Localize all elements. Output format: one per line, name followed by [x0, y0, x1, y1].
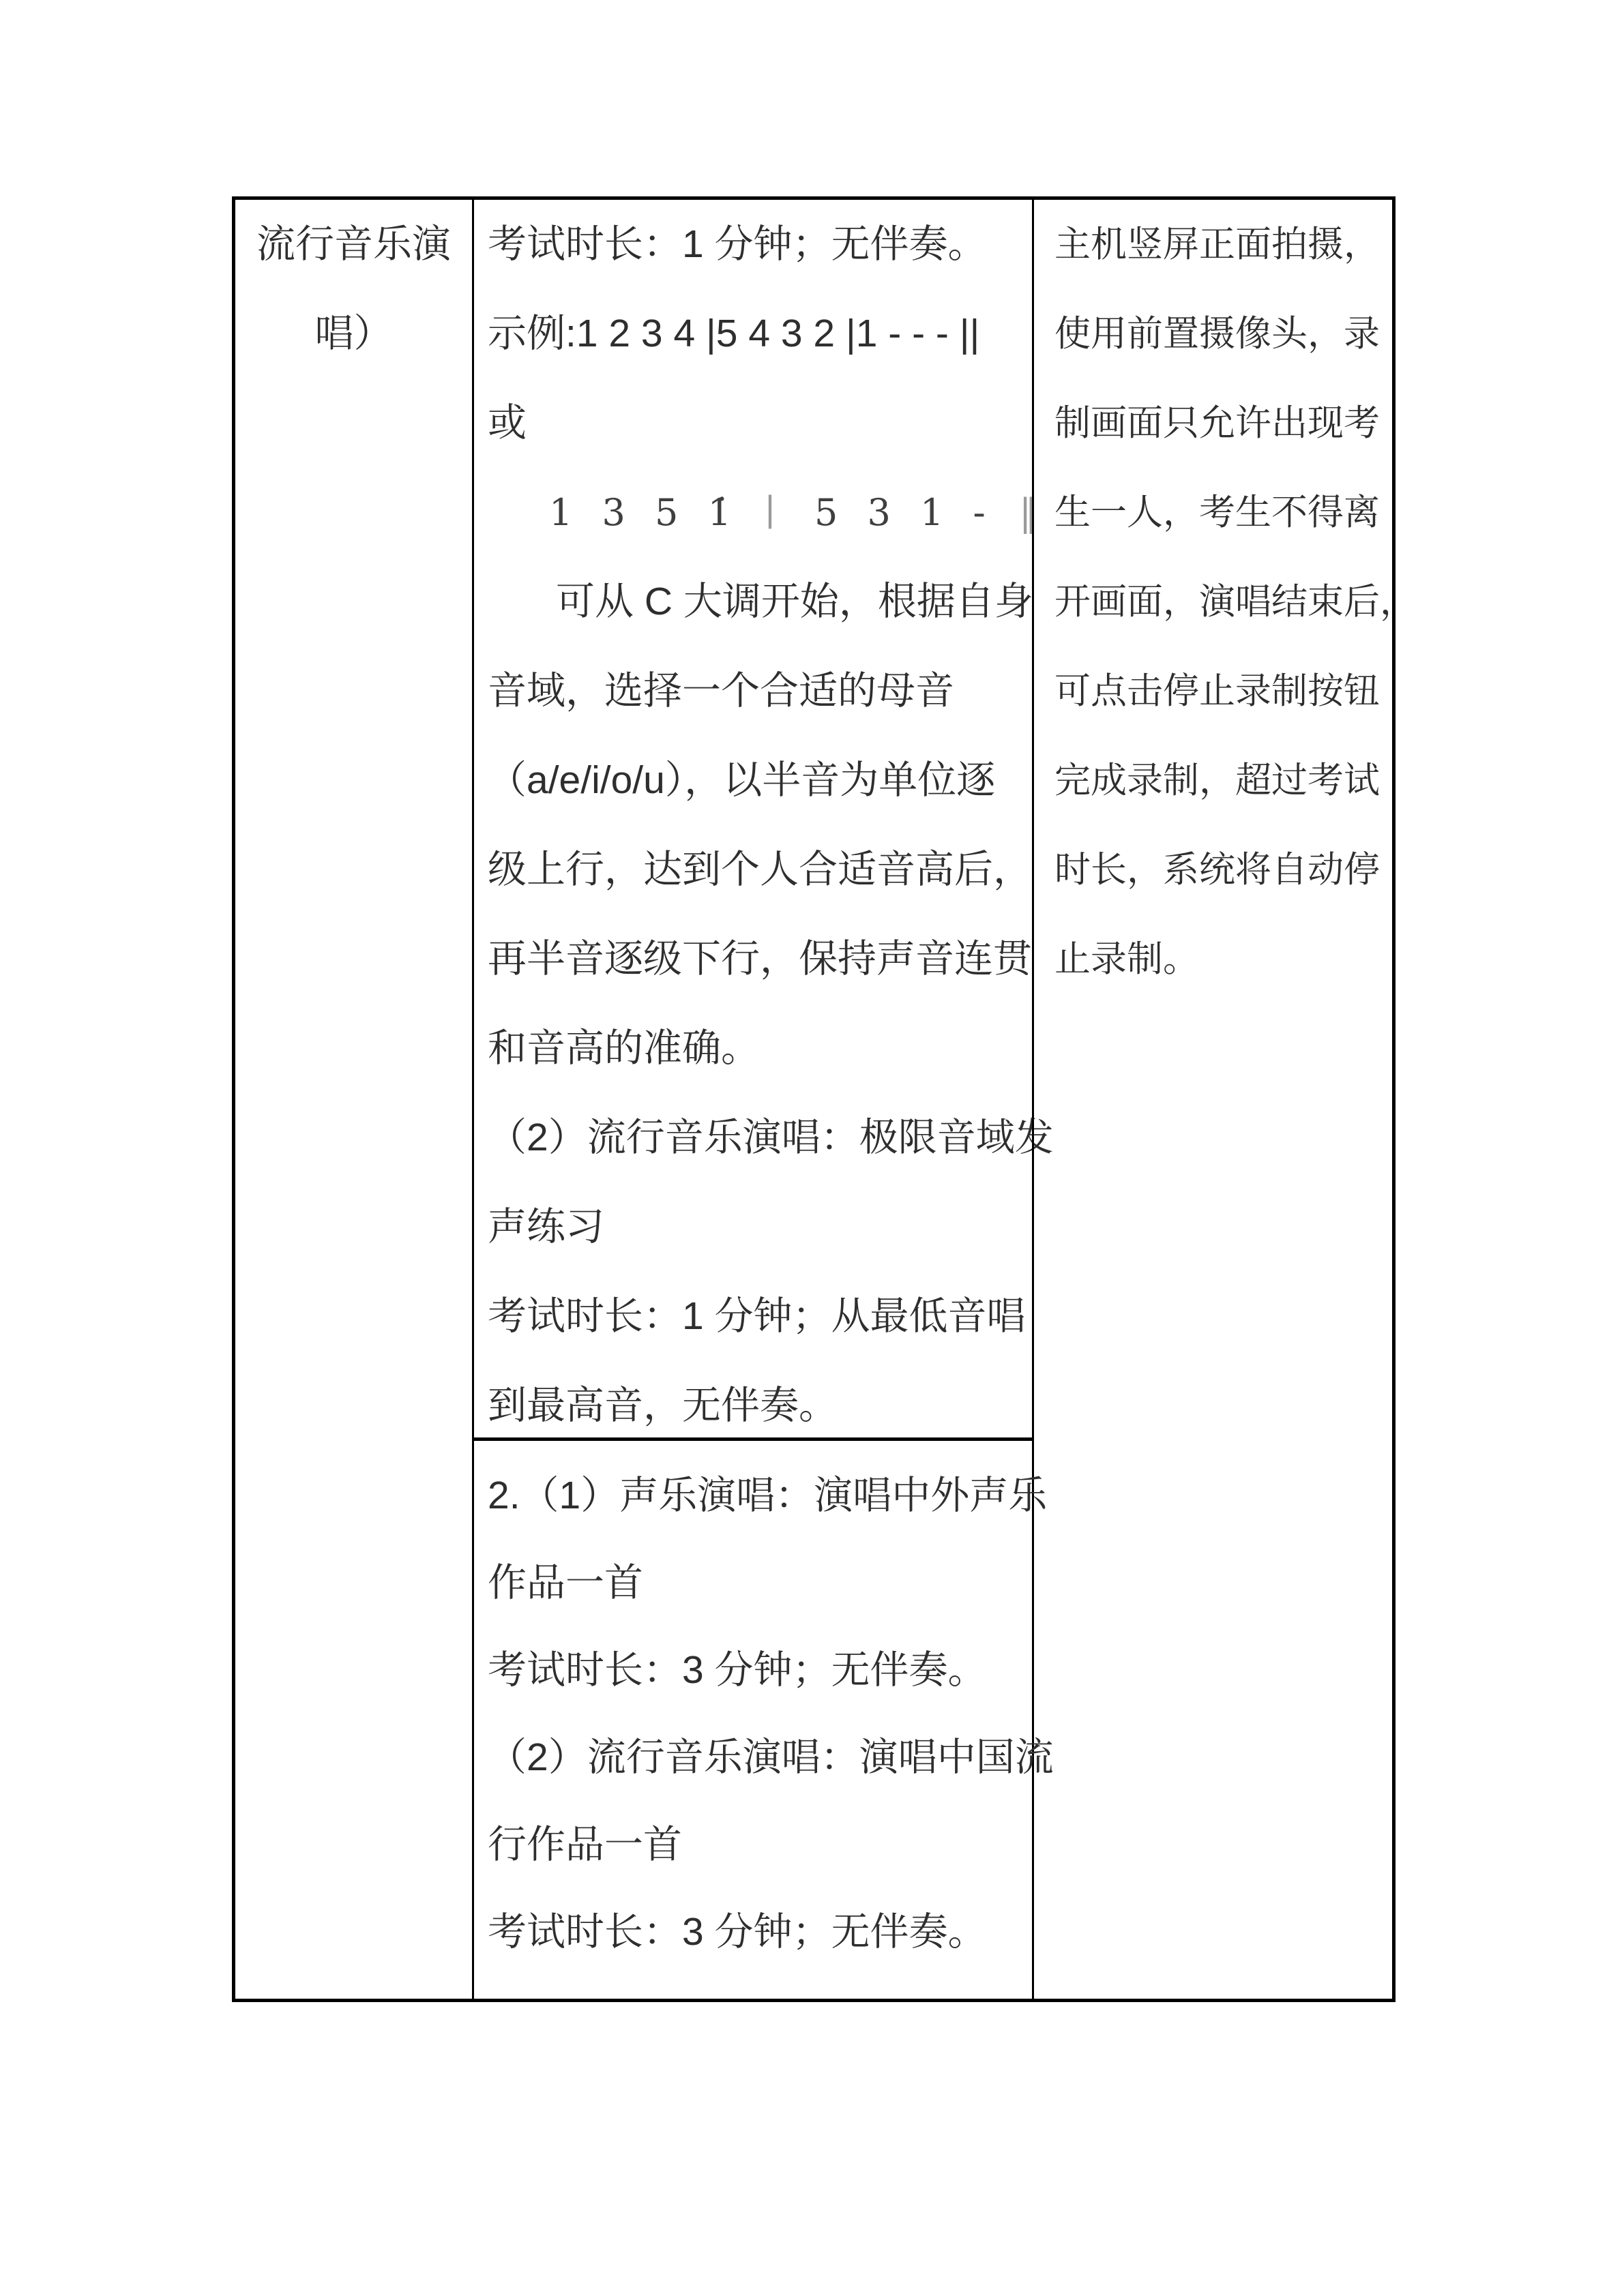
item2-heading-line: （2）流行音乐演唱：极限音域发	[488, 1093, 1032, 1182]
example-scale-line: 示例:1 2 3 4 |5 4 3 2 |1 - - - ||	[488, 289, 1032, 378]
exam-duration-line: 考试时长：3 分钟；无伴奏。	[488, 1888, 1032, 1976]
exam-duration-line: 考试时长：1 分钟；从最低音唱	[488, 1272, 1032, 1361]
jianpu-notation-line: 1 3 5 1̇ ∣ 5 3 1 - ‖	[488, 468, 1032, 557]
instruction-text-line: 音域，选择一个合适的母音	[488, 646, 1032, 736]
recording-requirement-line: 制画面只允许出现考	[1054, 378, 1387, 468]
recording-requirement-line: 使用前置摄像头，录	[1054, 289, 1387, 378]
recording-requirement-line: 止录制。	[1054, 914, 1387, 1004]
instruction-text-line: 再半音逐级下行，保持声音连贯	[488, 914, 1032, 1004]
notation-measure-1: 1 3 5 1̇	[549, 491, 740, 534]
scanned-document-page: 流行音乐演 唱） 考试时长：1 分钟；无伴奏。 示例:1 2 3 4 |5 4 …	[0, 0, 1624, 2296]
notation-barline-icon: ∣	[765, 491, 784, 534]
exam-duration-line: 到最高音，无伴奏。	[488, 1361, 1032, 1450]
item-heading-line: （2）流行音乐演唱：演唱中国流	[488, 1714, 1032, 1801]
instruction-text-line: 和音高的准确。	[488, 1004, 1032, 1093]
item-heading-line: 2.（1）声乐演唱：演唱中外声乐	[488, 1452, 1032, 1539]
item-heading-line: 行作品一首	[488, 1801, 1032, 1888]
table-cell-exam-content-part1: 考试时长：1 分钟；无伴奏。 示例:1 2 3 4 |5 4 3 2 |1 - …	[474, 200, 1032, 1441]
category-text-line: 唱）	[235, 289, 472, 378]
recording-requirement-line: 生一人，考生不得离	[1054, 468, 1387, 557]
exam-requirements-table: 流行音乐演 唱） 考试时长：1 分钟；无伴奏。 示例:1 2 3 4 |5 4 …	[232, 196, 1396, 2002]
table-cell-subject-category: 流行音乐演 唱）	[235, 200, 474, 1999]
notation-measure-2: 5 3 1 -	[814, 491, 994, 534]
table-cell-recording-requirements: 主机竖屏正面拍摄， 使用前置摄像头，录 制画面只允许出现考 生一人，考生不得离 …	[1032, 200, 1392, 1999]
item-heading-line: 作品一首	[488, 1539, 1032, 1626]
exam-duration-line: 考试时长：1 分钟；无伴奏。	[488, 200, 1032, 289]
table-cell-exam-content-part2: 2.（1）声乐演唱：演唱中外声乐 作品一首 考试时长：3 分钟；无伴奏。 （2）…	[474, 1441, 1032, 1999]
exam-duration-line: 考试时长：3 分钟；无伴奏。	[488, 1626, 1032, 1714]
instruction-text-line: 可从 C 大调开始，根据自身	[488, 557, 1032, 646]
instruction-text-line: （a/e/i/o/u），以半音为单位逐	[488, 736, 1032, 825]
recording-requirement-line: 时长，系统将自动停	[1054, 825, 1387, 914]
recording-requirement-line: 可点击停止录制按钮	[1054, 646, 1387, 736]
instruction-text-line: 级上行，达到个人合适音高后，	[488, 825, 1032, 914]
or-line: 或	[488, 378, 1032, 468]
category-text-line: 流行音乐演	[235, 200, 472, 289]
recording-requirement-line: 主机竖屏正面拍摄，	[1054, 200, 1387, 289]
item2-heading-line: 声练习	[488, 1182, 1032, 1272]
recording-requirement-line: 开画面，演唱结束后，	[1054, 557, 1387, 646]
recording-requirement-line: 完成录制，超过考试	[1054, 736, 1387, 825]
